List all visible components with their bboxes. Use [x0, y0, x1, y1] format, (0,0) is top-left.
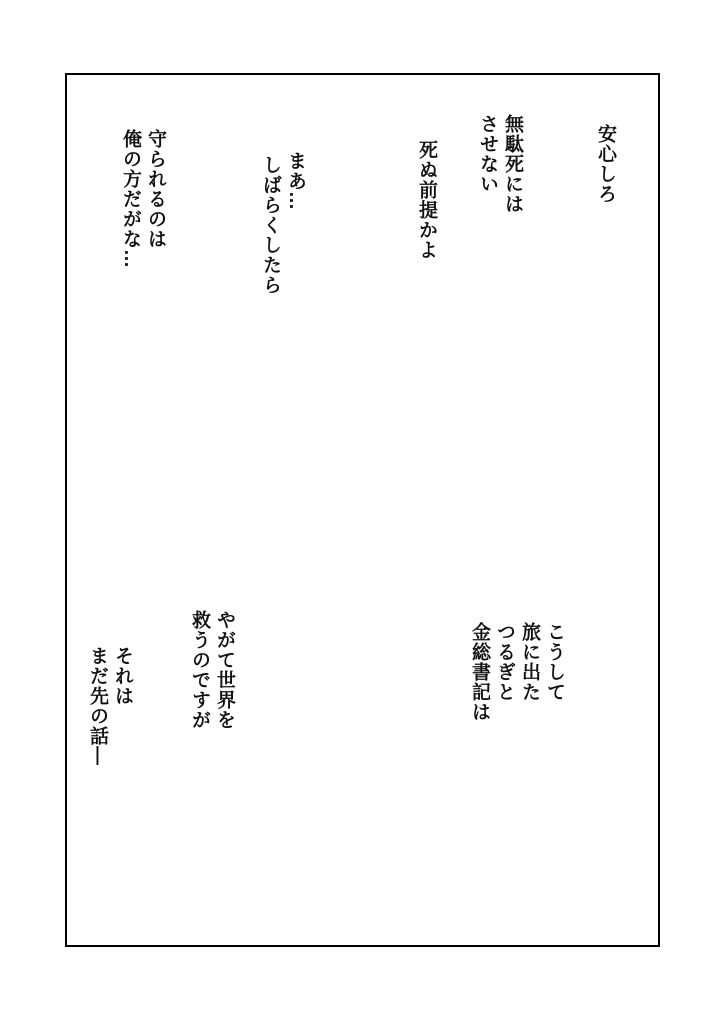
- vertical-text-line: 救うのですが: [187, 610, 212, 730]
- narration-block-2: やがて世界を 救うのですが: [187, 610, 237, 730]
- narration-block-3: それは まだ先の話―: [85, 646, 135, 766]
- vertical-text-line: 安心しろ: [593, 124, 618, 204]
- vertical-text-line: 俺の方だがな…: [118, 129, 143, 269]
- dialogue-block-5: 守られるのは 俺の方だがな…: [118, 129, 168, 269]
- vertical-text-line: こうして: [542, 622, 567, 722]
- manga-script-page: 安心しろ 無駄死には させない 死ぬ前提かよ まあ… しばらくしたら 守られるの…: [0, 0, 725, 1024]
- dialogue-block-1: 安心しろ: [593, 124, 618, 204]
- vertical-text-line: しばらくしたら: [258, 151, 283, 295]
- vertical-text-line: まあ…: [283, 151, 308, 295]
- narration-block-1: こうして 旅に出た つるぎと 金総書記は: [467, 622, 567, 722]
- vertical-text-line: 守られるのは: [143, 129, 168, 269]
- vertical-text-line: 無駄死には: [500, 114, 525, 214]
- vertical-text-line: つるぎと: [492, 622, 517, 722]
- dialogue-block-3: 死ぬ前提かよ: [414, 140, 439, 260]
- vertical-text-line: 金総書記は: [467, 622, 492, 722]
- dialogue-block-2: 無駄死には させない: [475, 114, 525, 214]
- vertical-text-line: 旅に出た: [517, 622, 542, 722]
- vertical-text-line: それは: [110, 646, 135, 766]
- vertical-text-line: させない: [475, 114, 500, 214]
- vertical-text-line: まだ先の話―: [85, 646, 110, 766]
- dialogue-block-4: まあ… しばらくしたら: [258, 151, 308, 295]
- vertical-text-line: 死ぬ前提かよ: [414, 140, 439, 260]
- vertical-text-line: やがて世界を: [212, 610, 237, 730]
